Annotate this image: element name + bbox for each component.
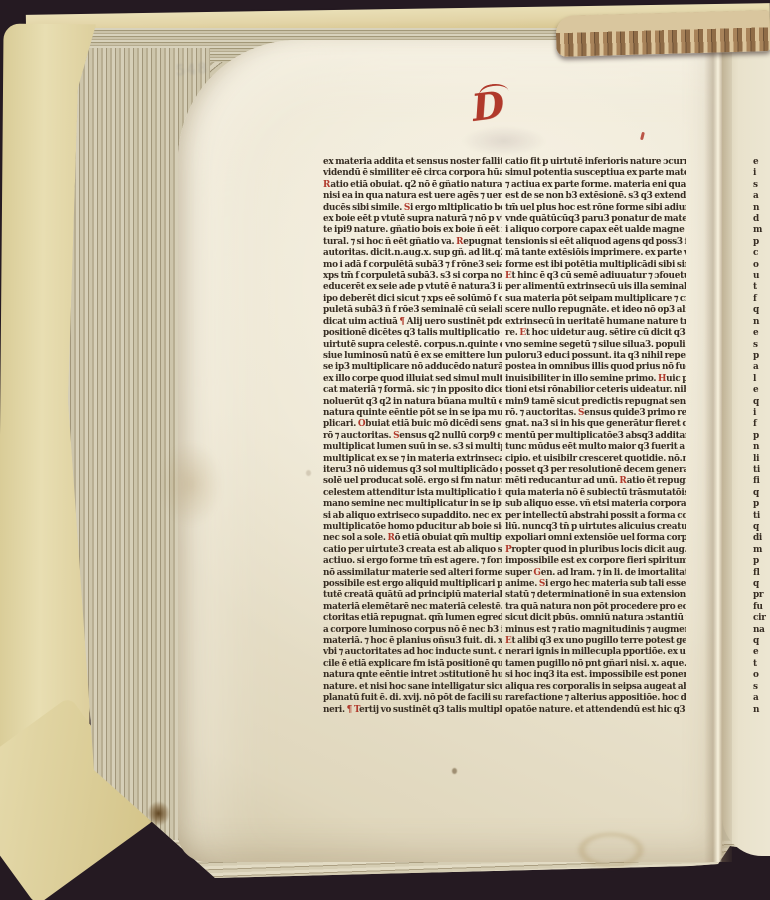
text-line: plicari. Obuiat etiā buic mō dicēdi sens… — [323, 419, 502, 430]
text-line: si hoc inq3 ita est. impossibile est pon… — [505, 670, 686, 681]
text-line: xps tm̄ f corpuletā subā3. s3 si corpa n… — [323, 271, 502, 282]
text-line: anime. Si ergo hec materia sub tali esse… — [505, 579, 686, 590]
text-line: dicat uim actiuā ¶ Alij uero sustinēt pd… — [323, 317, 502, 328]
text-line: tm̄ uel plus hoc est rōne forme sibi adi… — [505, 203, 686, 214]
text-line: cile ē etiā explicare fm istā positionē … — [323, 659, 502, 670]
text-line: o — [753, 670, 770, 681]
text-line: si ab aliquo extriseco supaddito. nec ex… — [323, 511, 502, 522]
text-line: a corpore luminoso corpus nō ē nec b3 in… — [323, 625, 502, 636]
text-line: p — [753, 499, 770, 510]
text-line: t — [753, 659, 770, 670]
text-line: q — [753, 305, 770, 316]
text-line: o — [753, 260, 770, 271]
text-line: catio fit p uirtutē inferioris nature ɔc… — [505, 157, 686, 168]
text-line: tra quā natura non pōt procedere pro eo … — [505, 602, 686, 613]
text-line: q — [753, 636, 770, 647]
text-line: re. Et hoc uidetur aug. sētire cū dicit … — [505, 328, 686, 339]
text-line: cipio. et uisibilr cresceret quotidie. n… — [505, 454, 686, 465]
text-line: te ipi9 nature. gñatio bois ex boie ñ eē… — [323, 225, 502, 236]
text-line: minus est ⁊ ratio magnitudinis ⁊ augment… — [505, 625, 686, 636]
text-line: m — [753, 545, 770, 556]
text-line: vno semine segetū ⁊ silue silua3. populi… — [505, 340, 686, 351]
text-line: p — [753, 556, 770, 567]
text-line: a — [753, 693, 770, 704]
text-line: natura quinte eēntie pōt se in se ipa mu… — [323, 408, 502, 419]
text-line: s — [753, 180, 770, 191]
text-line: extrinsecū in ueritatē humane nature tra… — [505, 317, 686, 328]
text-line: tutē creatā quātū ad principiū materiale… — [323, 590, 502, 601]
text-line: inuisibiliter in illo semine primo. Huic… — [505, 374, 686, 385]
text-line: u — [753, 271, 770, 282]
text-column-right: catio fit p uirtutē inferioris nature ɔc… — [505, 157, 686, 716]
text-line: a — [753, 191, 770, 202]
text-line: iteru3 nō uidemus q3 sol multiplicādo gñ… — [323, 465, 502, 476]
text-line: tioni etsi rōnabilior ceteris uideatur. … — [505, 385, 686, 396]
text-line: posset q3 per resolutionē decem genera f… — [505, 465, 686, 476]
text-line: a — [753, 362, 770, 373]
text-line: rō ⁊ auctoritas. Sensus q2 nullū corp9 c… — [323, 431, 502, 442]
text-line: s — [753, 682, 770, 693]
text-line: e — [753, 157, 770, 168]
text-line: fi — [753, 476, 770, 487]
text-line: expoliari omni extensiōe uel forma corpe… — [505, 533, 686, 544]
text-line: e — [753, 385, 770, 396]
text-line: rō. ⁊ auctoritas. Sensus quide3 primo re… — [505, 408, 686, 419]
text-line: pr — [753, 590, 770, 601]
text-line: ipo deberēt dici sicut ⁊ xps eē solūmō f… — [323, 294, 502, 305]
text-line: nō assimilatur materie sed alteri forme … — [323, 568, 502, 579]
text-line: multiplicat lumen suū in se. s3 si multi… — [323, 442, 502, 453]
text-line: q — [753, 522, 770, 533]
text-line: materiā. ⁊ hoc ē planius oñsu3 fuit. di.… — [323, 636, 502, 647]
text-line: educerēt ex seie ade p vtutē ē natura3 i… — [323, 282, 502, 293]
speck — [306, 470, 311, 476]
text-line: aliqua res corporalis in seipsa augeat a… — [505, 682, 686, 693]
text-line: ti — [753, 465, 770, 476]
text-line: fu — [753, 602, 770, 613]
text-line: Et hinc ē q3 cū semē adiuuatur ⁊ ɔfouetu… — [505, 271, 686, 282]
text-line: sub aliquo esse. vñ etsi materia corpora… — [505, 499, 686, 510]
text-line: mano semine nec multiplicatur in se ipso… — [323, 499, 502, 510]
text-line: li — [753, 454, 770, 465]
text-line: e — [753, 328, 770, 339]
stain — [160, 442, 222, 526]
text-line: f — [753, 419, 770, 430]
text-line: sua materia pōt seipam multiplicare ⁊ cr… — [505, 294, 686, 305]
text-line: mentū per multiplicatōe3 absq3 additamēt… — [505, 431, 686, 442]
text-line: per intellectū abstrahi possit a forma c… — [505, 511, 686, 522]
text-line: impossibile est ex corpore fieri spiritu… — [505, 556, 686, 567]
text-line: natura qnte eēntie intret ɔstitutionē hu… — [323, 670, 502, 681]
text-line: q — [753, 397, 770, 408]
text-line: m — [753, 225, 770, 236]
text-line: ex boie eēt p vtutē supra naturā ⁊ nō p … — [323, 214, 502, 225]
text-line: siue luminosū natū ē ex se emittere lumē… — [323, 351, 502, 362]
text-line: materiā elemētarē nec materiā celestē. A… — [323, 602, 502, 613]
text-line: cir — [753, 613, 770, 624]
text-line: tunc mūdus eēt multo maior q3 fuerit a p… — [505, 442, 686, 453]
text-line: vbi ⁊ auctoritates ad hoc inducte sunt. … — [323, 647, 502, 658]
text-line: tensionis si eēt aliquod agens qd poss3 … — [505, 237, 686, 248]
text-line: gnat. na3 si in his que generātur fieret… — [505, 419, 686, 430]
stain — [147, 801, 170, 826]
text-line: p — [753, 351, 770, 362]
text-line: Et alibi q3 ex uno pugillo terre potest … — [505, 636, 686, 647]
text-line: i — [753, 408, 770, 419]
text-line: mēti reducantur ad unū. Ratio ēt repugna… — [505, 476, 686, 487]
text-line: n — [753, 317, 770, 328]
text-line: ti — [753, 511, 770, 522]
text-line: multiplicatōe homo pducitur ab boie sicu… — [323, 522, 502, 533]
text-line: fl — [753, 568, 770, 579]
text-line: rarefactione ⁊ alterius appositiōe. hoc … — [505, 693, 686, 704]
text-line: min9 tamē sicut predictis repugnat sensu… — [505, 397, 686, 408]
stain — [570, 828, 652, 872]
text-line: puletā subā3 ñ f rōe3 seminalē cū seiali… — [323, 305, 502, 316]
text-line: possibile est ergo aliquid multiplicari … — [323, 579, 502, 590]
text-line: i aliquo corpore capax eēt ualde magne e… — [505, 225, 686, 236]
text-line: i — [753, 168, 770, 179]
text-line: p — [753, 237, 770, 248]
text-line: n — [753, 705, 770, 716]
text-line: s — [753, 340, 770, 351]
text-line: est de se non b3 extēsionē. s3 q3 extend… — [505, 191, 686, 202]
text-line: actiuo. si ergo forme tm̄ est agere. ⁊ f… — [323, 556, 502, 567]
text-line: sicut dicit pbūs. omniū natura ɔstantiū … — [505, 613, 686, 624]
text-line: videndū ē similiter eē circa corpora hūa… — [323, 168, 502, 179]
text-line: statū ⁊ determinationē in sua extensione… — [505, 590, 686, 601]
text-line: nec sol a sole. Rō etiā obuiat qm̄ multi… — [323, 533, 502, 544]
text-line: p — [753, 431, 770, 442]
text-line: positionē dicētes q3 talis multiplicatio… — [323, 328, 502, 339]
gutter-fold — [704, 34, 732, 862]
text-line: nature. et nisi hoc sane intelligatur si… — [323, 682, 502, 693]
text-line: solē uel producat solē. ergo si fm natur… — [323, 476, 502, 487]
text-line: opatōe nature. et attendendū est hic q3 … — [505, 705, 686, 716]
text-line: neri. ¶ Tertij vo sustinēt q3 talis mult… — [323, 705, 502, 716]
text-line: n — [753, 442, 770, 453]
text-line: noluerūt q3 q2 in natura būana multū est… — [323, 397, 502, 408]
text-line: uirtutē supra celestē. corpus.n.quinte e… — [323, 340, 502, 351]
text-line: mo i adā f corpulētā subā3 ⁊ f rōne3 sei… — [323, 260, 502, 271]
text-line: tural. ⁊ si hoc ñ eēt gñatio va. Repugna… — [323, 237, 502, 248]
text-line: ex illo corpe quod illuiat sed simul mul… — [323, 374, 502, 385]
book-photograph: D 548 ex materia addita et sensus noster… — [0, 0, 770, 900]
text-line: quia materia nō ē subiectū trāsmutatōis … — [505, 488, 686, 499]
text-line: tamen pugillo nō pnt gñari nisi. x. aque… — [505, 659, 686, 670]
text-line: mā tante extēsiōis imprimere. ex parte v… — [505, 248, 686, 259]
text-line: ducēs sibi simile. Si ergo mltiplicatio … — [323, 203, 502, 214]
text-line: q — [753, 579, 770, 590]
text-line: nerari ignis in millecupla pportiōe. ex … — [505, 647, 686, 658]
text-line: ex materia addita et sensus noster falli… — [323, 157, 502, 168]
text-line: t — [753, 282, 770, 293]
text-line: cat materiā ⁊ formā. sic ⁊ in pposito di… — [323, 385, 502, 396]
text-line: simul potentia susceptiua ex parte mater… — [505, 168, 686, 179]
text-line: forme est ibi potētia multiplicādi sibi … — [505, 260, 686, 271]
text-line: q — [753, 488, 770, 499]
text-line: e — [753, 647, 770, 658]
text-line: catio per uirtute3 creata est ab aliquo … — [323, 545, 502, 556]
ink-showthrough — [462, 126, 546, 156]
text-line: Ratio etiā obuiat. q2 nō ē gñatio natura… — [323, 180, 502, 191]
text-line: puloru3 educi possunt. ita q3 nihil repe… — [505, 351, 686, 362]
text-line: scere nullo repugnāte. et ideo nō op3 al… — [505, 305, 686, 316]
text-line: planatū fuit ē. di. xvij. nō pōt de faci… — [323, 693, 502, 704]
facing-page-text-fragments: eisandmpcoutfqnespaleqifpnlitifiqptiqdim… — [753, 157, 770, 716]
text-line: di — [753, 533, 770, 544]
text-line: ctoritas etiā repugnat. qm̄ lumen egredi… — [323, 613, 502, 624]
text-line: vnde quātūcūq3 paru3 ponatur de materia — [505, 214, 686, 225]
text-line: Propter quod in pluribus locis dicit aug… — [505, 545, 686, 556]
speck — [452, 768, 457, 774]
text-line: f — [753, 294, 770, 305]
headband — [555, 10, 770, 57]
text-line: ⁊ actiua ex parte forme. materia eni qua… — [505, 180, 686, 191]
text-line: per alimentū extrinsecū uis illa seminal… — [505, 282, 686, 293]
text-line: super Gen. ad lram. ⁊ in li. de imortali… — [505, 568, 686, 579]
text-line: n — [753, 203, 770, 214]
text-line: d — [753, 214, 770, 225]
text-line: na — [753, 625, 770, 636]
text-line: liū. nuncq3 tn̄ p uirtutes alicuius crea… — [505, 522, 686, 533]
text-column-left: ex materia addita et sensus noster falli… — [323, 157, 502, 716]
text-line: se ip3 multiplicare nō adducēdo naturā l… — [323, 362, 502, 373]
text-line: nisi ea in qua natura est uere agēs ⁊ ue… — [323, 191, 502, 202]
text-line: multiplicat ex se ⁊ in materia extrinsec… — [323, 454, 502, 465]
text-line: autoritas. dicit.n.aug.x. sup gñ. ad lit… — [323, 248, 502, 259]
text-line: l — [753, 374, 770, 385]
pencil-mark: 548 — [175, 61, 209, 80]
text-line: celestem attenditur ista multiplicatio i… — [323, 488, 502, 499]
text-line: postea in omnibus illis quod prius nō fu… — [505, 362, 686, 373]
text-line: c — [753, 248, 770, 259]
